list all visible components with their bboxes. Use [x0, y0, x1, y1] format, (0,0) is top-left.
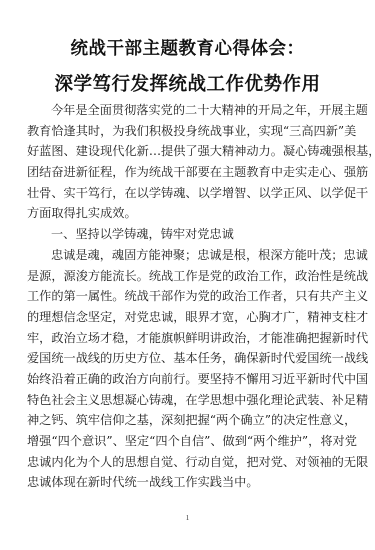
page-number: 1	[0, 514, 375, 522]
text-line: 的理想信念坚定，对党忠诚，眼界才宽，心胸才广，精神支柱才	[27, 307, 348, 328]
text-line: 忠诚是魂，魂固方能神聚；忠诚是根，根深方能叶茂；忠诚	[27, 245, 348, 266]
text-line: 爱国统一战线的历史方位、基本任务，确保新时代爱国统一战线	[27, 348, 348, 369]
text-line: 始终沿着正确的政治方向前行。要坚持不懈用习近平新时代中国	[27, 369, 348, 390]
section-heading: 一、坚持以学铸魂，铸牢对党忠诚	[27, 224, 348, 245]
document-page: 统战干部主题教育心得体会： 深学笃行发挥统战工作优势作用 今年是全面贯彻落实党的…	[0, 0, 375, 550]
text-line: 方面取得扎实成效。	[27, 203, 348, 224]
text-line: 特色社会主义思想凝心铸魂，在学思想中强化理论武装、补足精	[27, 390, 348, 411]
document-subtitle: 深学笃行发挥统战工作优势作用	[0, 70, 375, 96]
text-line: 神之钙、筑牢信仰之基，深刻把握“两个确立”的决定性意义，	[27, 410, 348, 431]
text-line: 今年是全面贯彻落实党的二十大精神的开局之年，开展主题	[27, 100, 348, 121]
text-line: 是源，源浚方能流长。统战工作是党的政治工作，政治性是统战	[27, 266, 348, 287]
text-line: 壮骨、实干笃行，在以学铸魂、以学增智、以学正风、以学促干	[27, 183, 348, 204]
text-line: 工作的第一属性。统战干部作为党的政治工作者，只有共产主义	[27, 286, 348, 307]
document-title: 统战干部主题教育心得体会：	[0, 35, 375, 60]
text-line: 教育恰逢其时，为我们积极投身统战事业，实现“三高四新”美	[27, 121, 348, 142]
text-line: 团结奋进新征程，作为统战干部要在主题教育中走实走心、强筋	[27, 162, 348, 183]
text-line: 好蓝图、建设现代化新…提供了强大精神动力。凝心铸魂强根基，	[27, 141, 348, 162]
text-line: 牢，政治立场才稳，才能旗帜鲜明讲政治，才能准确把握新时代	[27, 328, 348, 349]
document-body: 今年是全面贯彻落实党的二十大精神的开局之年，开展主题 教育恰逢其时，为我们积极投…	[27, 100, 348, 493]
text-line: 增强“四个意识”、坚定“四个自信”、做到“两个维护”，将对党	[27, 431, 348, 452]
text-line: 忠诚内化为个人的思想自觉、行动自觉，把对党、对领袖的无限	[27, 452, 348, 473]
text-line: 忠诚体现在新时代统一战线工作实践当中。	[27, 472, 348, 493]
